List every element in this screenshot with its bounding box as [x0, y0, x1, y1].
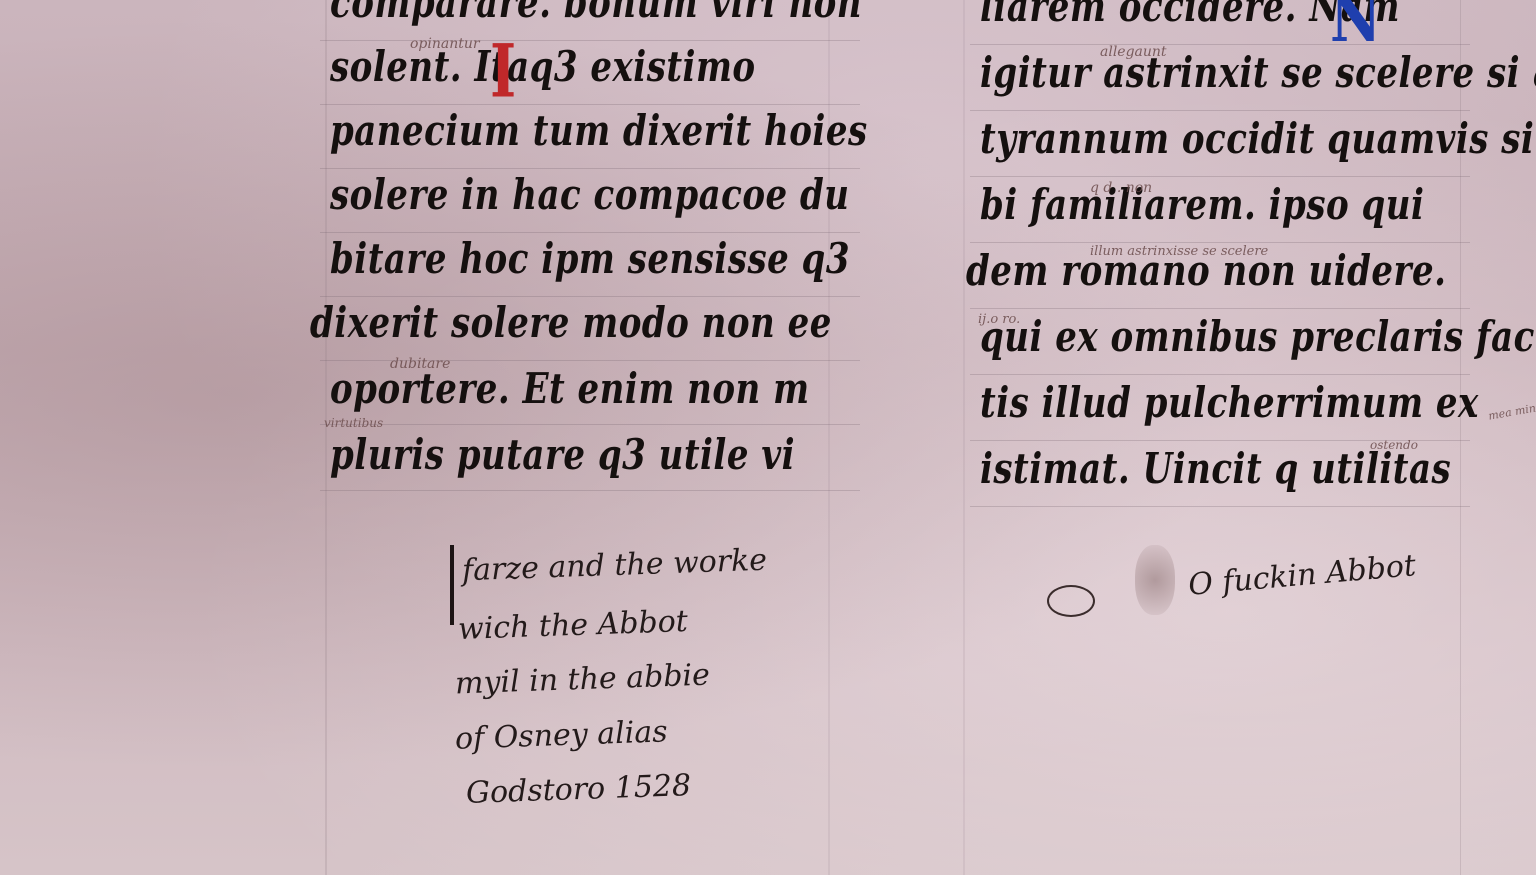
annotation-bracket — [450, 545, 454, 625]
drawn-circle — [1047, 585, 1095, 617]
text-line: solere in hac compacoe du — [330, 170, 850, 220]
text-line: bi familiarem. ipso qui — [980, 180, 1424, 230]
annotation-line: of Osney alias — [454, 714, 668, 756]
text-line: tyrannum occidit quamvis si — [980, 114, 1534, 164]
interlinear-gloss: dubitare — [390, 356, 450, 372]
margin-gloss: mea mind — [1487, 400, 1536, 422]
annotation-line: farze and the worke — [461, 543, 767, 589]
annotation-line: O fuckin Abbot — [1187, 548, 1417, 603]
page-fold-line — [963, 0, 965, 875]
interlinear-gloss: illum astrinxisse se scelere — [1090, 244, 1268, 259]
text-line: panecium tum dixerit hoies — [330, 106, 868, 156]
interlinear-gloss: allegaunt — [1100, 44, 1167, 60]
text-line: comparare. bonum viri non — [330, 0, 862, 28]
manuscript-page: comparare. bonum viri non solent. Itaq3 … — [0, 0, 1536, 875]
interlinear-gloss: ij.o ro. — [978, 312, 1020, 327]
text-line: qui ex omnibus preclaris fac — [980, 312, 1535, 362]
left-text-column: comparare. bonum viri non solent. Itaq3 … — [330, 0, 870, 520]
red-initial-letter: I — [490, 36, 516, 109]
interlinear-gloss: q d . non — [1090, 180, 1152, 196]
text-line: bitare hoc ipm sensisse q3 — [330, 234, 850, 284]
interlinear-gloss: ostendo — [1370, 438, 1418, 452]
blue-initial-letter: N — [1330, 0, 1381, 52]
right-text-column: liarem occidere. Nam igitur astrinxit se… — [980, 0, 1500, 530]
interlinear-gloss: virtutibus — [324, 416, 383, 430]
page-fold-line — [325, 0, 327, 875]
text-line: igitur astrinxit se scelere si q — [980, 48, 1536, 98]
ink-smudge — [1135, 545, 1175, 615]
interlinear-gloss: opinantur — [410, 36, 480, 52]
text-line: dixerit solere modo non ee — [310, 298, 832, 348]
annotation-line: Godstoro 1528 — [465, 768, 691, 811]
text-line: tis illud pulcherrimum ex — [980, 378, 1479, 428]
annotation-line: wich the Abbot — [457, 604, 688, 647]
text-line: solent. Itaq3 existimo — [330, 42, 756, 92]
text-line: pluris putare q3 utile vi — [330, 430, 795, 480]
annotation-line: myil in the abbie — [454, 658, 710, 702]
